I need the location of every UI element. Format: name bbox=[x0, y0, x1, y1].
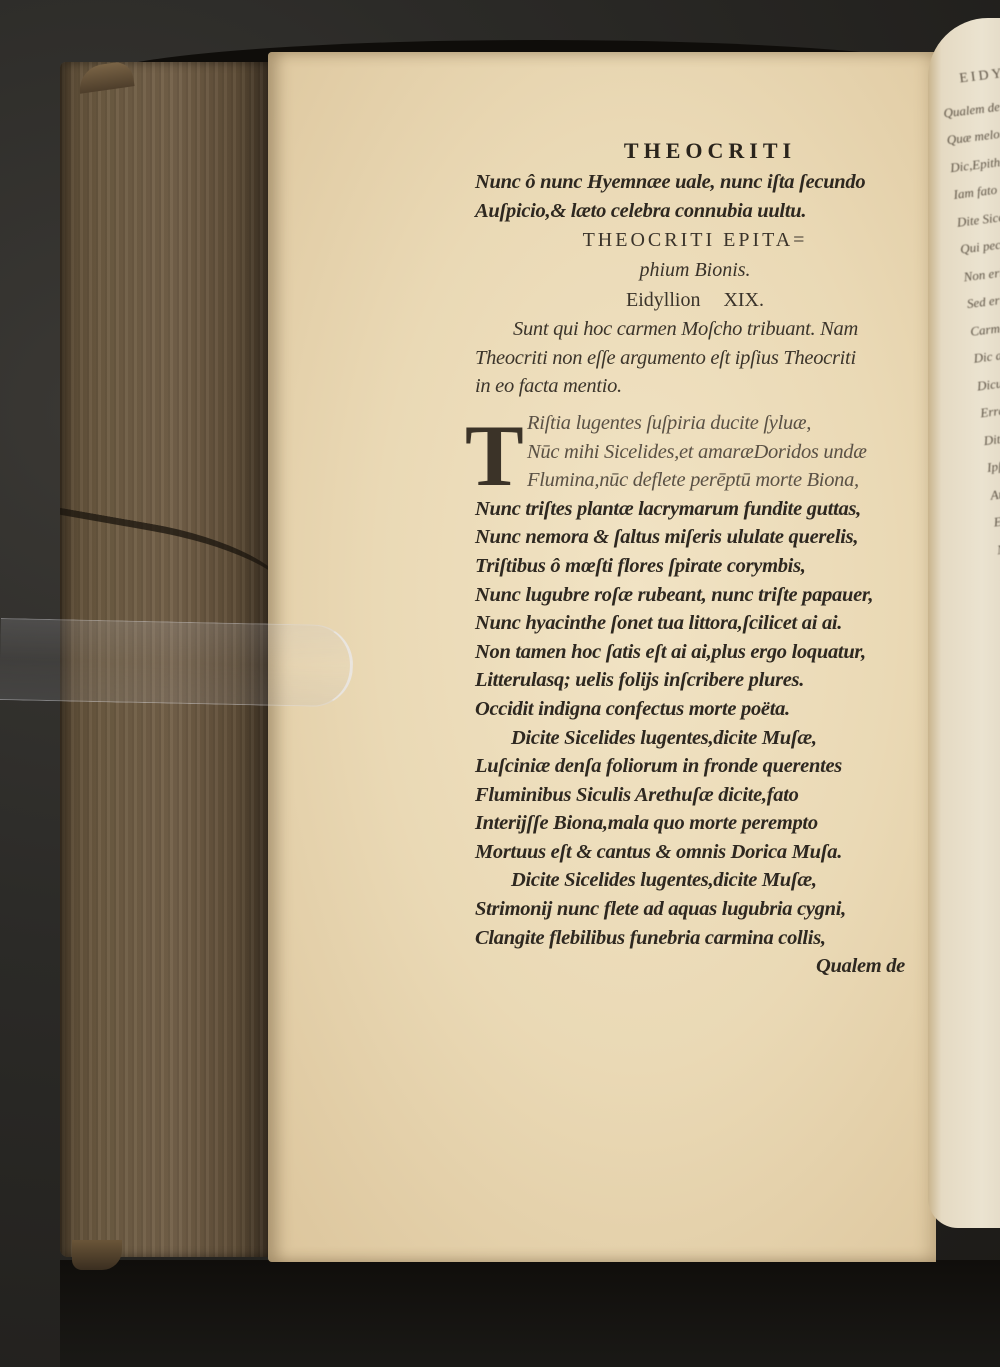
poem-line: Nunc hyacinthe ſonet tua littora,ſcilice… bbox=[475, 609, 915, 638]
refrain-line: Dicite Sicelides lugentes,dicite Muſæ, bbox=[475, 866, 915, 895]
poem-line: Fluminibus Siculis Arethuſæ dicite,fato bbox=[475, 781, 915, 810]
poem-title: THEOCRITI EPITA= bbox=[475, 225, 915, 255]
clear-bookmark-strip bbox=[0, 618, 354, 707]
argument-paragraph: Sunt qui hoc carmen Moſcho tribuant. Nam… bbox=[475, 315, 915, 401]
argument-line: in eo facta mentio. bbox=[475, 372, 915, 401]
argument-line: Sunt qui hoc carmen Moſcho tribuant. Nam bbox=[475, 315, 915, 344]
page-text-block: THEOCRITI Nunc ô nunc Hyemnæe uale, nunc… bbox=[475, 138, 915, 981]
poem-line: Clangite flebilibus funebria carmina col… bbox=[475, 924, 915, 953]
poem-line: Nunc triſtes plantæ lacrymarum fundite g… bbox=[475, 495, 915, 524]
poem-line: Nūc mihi Sicelides,et amaræDoridos undæ bbox=[475, 438, 915, 467]
facing-page-text: EIDYLL Qualem de noſtris labris Quæ melo… bbox=[938, 44, 1000, 837]
poem-line: Occidit indigna confectus morte poëta. bbox=[475, 695, 915, 724]
poem-line: Flumina,nūc deflete perēptū morte Biona, bbox=[475, 466, 915, 495]
text-line: Nunc ô nunc Hyemnæe uale, nunc iſta ſecu… bbox=[475, 168, 915, 197]
facing-running-head: EIDYLL bbox=[958, 44, 1000, 93]
drop-cap-initial: T bbox=[465, 417, 524, 497]
poem-subtitle: phium Bionis. bbox=[475, 255, 915, 285]
bottom-shadow bbox=[60, 1260, 1000, 1367]
text-line: Auſpicio,& læto celebra connubia uultu. bbox=[475, 197, 915, 226]
poem-body: T Riſtia lugentes ſuſpiria ducite ſyluæ,… bbox=[475, 409, 915, 981]
cover-corner-bottom bbox=[72, 1240, 122, 1270]
poem-line: Interijſſe Biona,mala quo morte perempto bbox=[475, 809, 915, 838]
argument-line: Theocriti non eſſe argumento eſt ipſius … bbox=[475, 344, 915, 373]
poem-line: Triſtibus ô mœſti flores ſpirate corymbi… bbox=[475, 552, 915, 581]
poem-line: Non tamen hoc ſatis eſt ai ai,plus ergo … bbox=[475, 638, 915, 667]
poem-line: Litterulasq; uelis folijs inſcribere plu… bbox=[475, 666, 915, 695]
poem-line: Mortuus eſt & cantus & omnis Dorica Muſa… bbox=[475, 838, 915, 867]
catchword: Qualem de bbox=[475, 952, 915, 981]
poem-line: Nunc lugubre roſæ rubeant, nunc triſte p… bbox=[475, 581, 915, 610]
idyll-number: Eidyllion XIX. bbox=[475, 285, 915, 315]
poem-line: Strimonij nunc flete ad aquas lugubria c… bbox=[475, 895, 915, 924]
poem-line: Luſciniæ denſa foliorum in fronde queren… bbox=[475, 752, 915, 781]
facing-recto-page: EIDYLL Qualem de noſtris labris Quæ melo… bbox=[928, 18, 1000, 1228]
running-head: THEOCRITI bbox=[505, 138, 915, 164]
poem-line: Riſtia lugentes ſuſpiria ducite ſyluæ, bbox=[475, 409, 915, 438]
refrain-line: Dicite Sicelides lugentes,dicite Muſæ, bbox=[475, 724, 915, 753]
poem-line: Nunc nemora & ſaltus miſeris ululate que… bbox=[475, 523, 915, 552]
